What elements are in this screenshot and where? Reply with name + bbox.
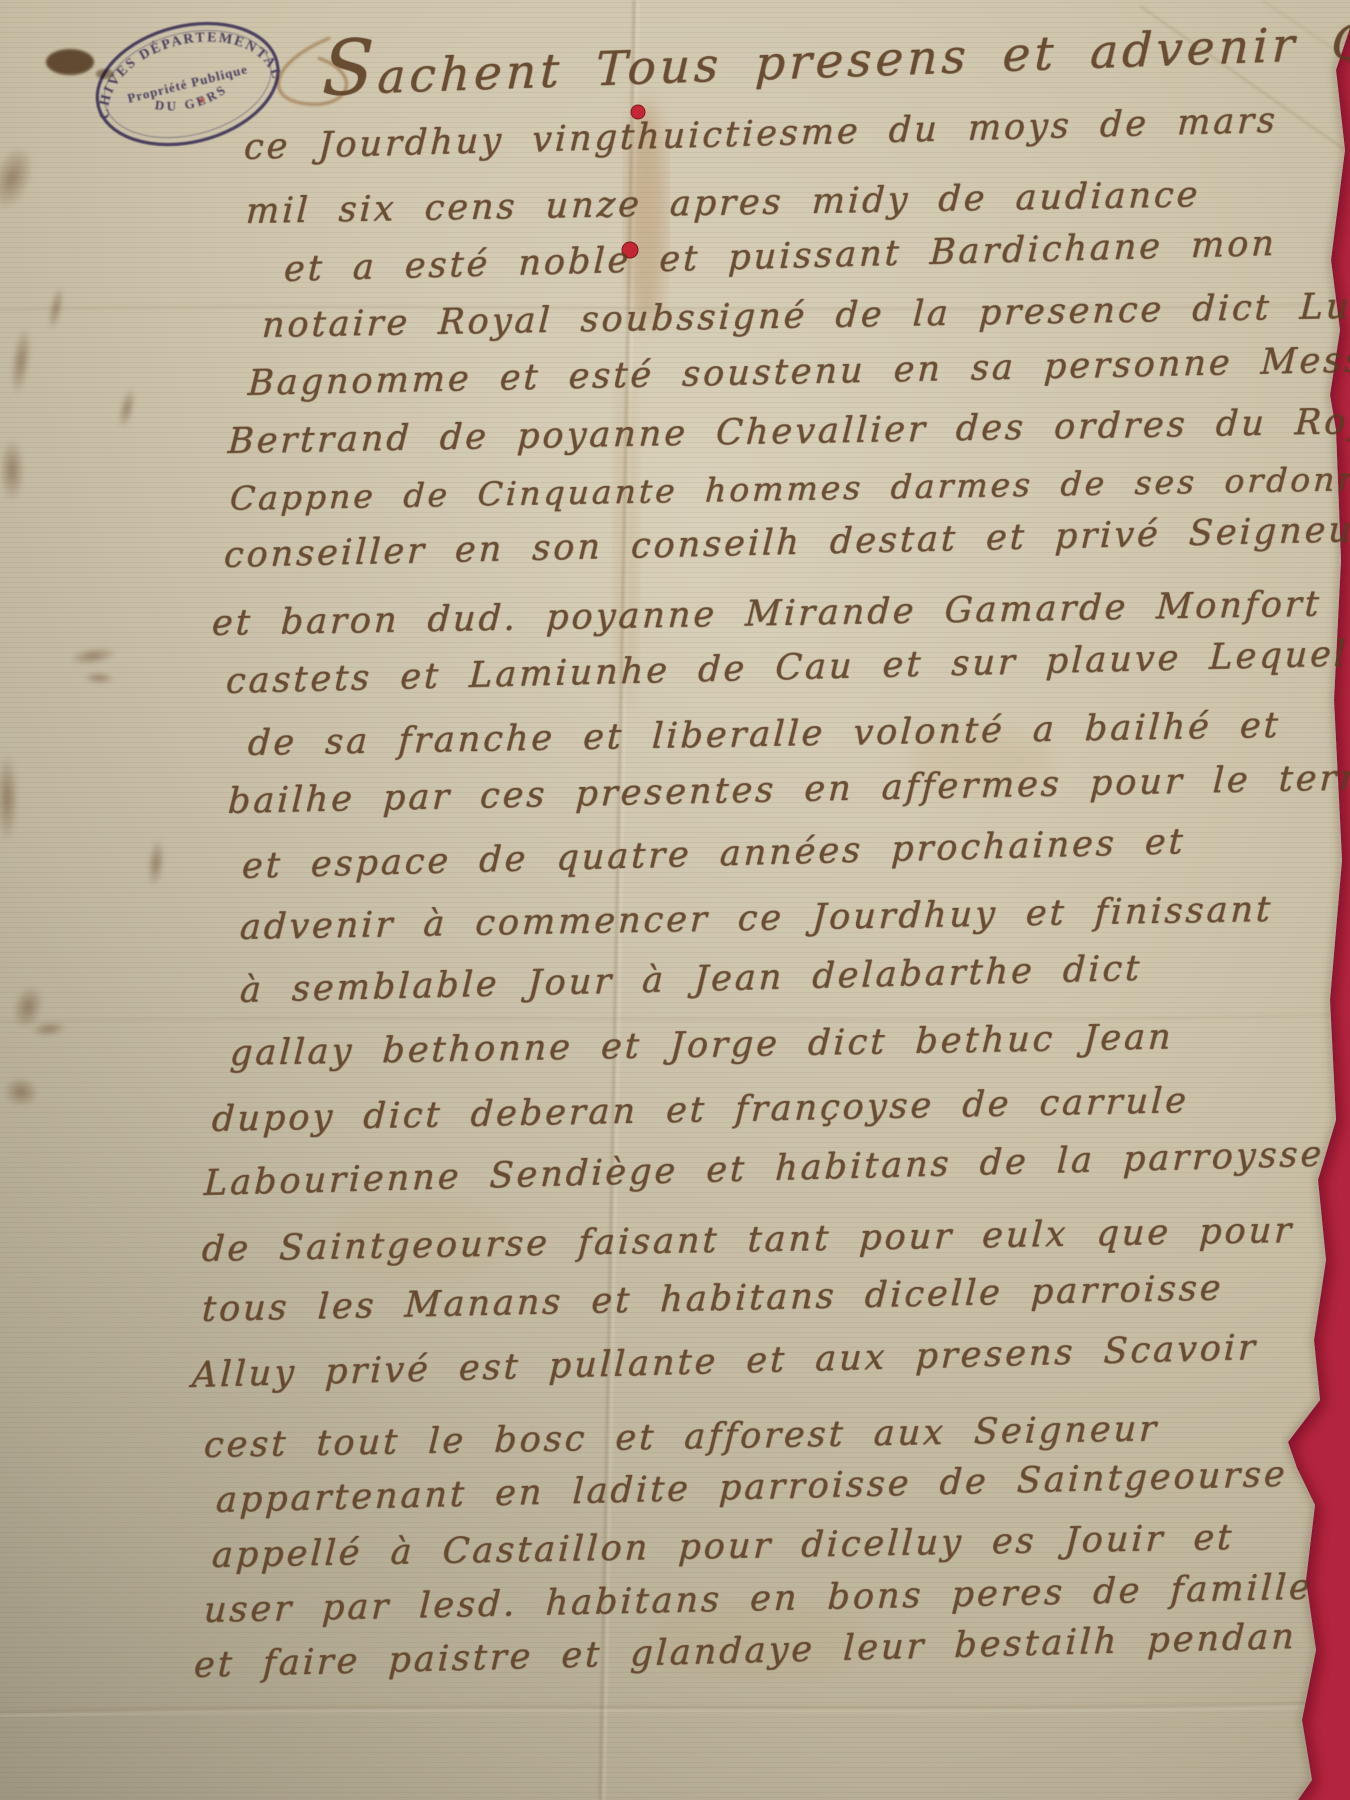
ink-bleedthrough-mark [0, 756, 18, 840]
ink-bleedthrough-mark [2, 1075, 40, 1108]
ink-bleedthrough-mark [0, 440, 24, 500]
ink-bleedthrough-mark [84, 671, 115, 685]
photo-background: ARCHIVES DÉPARTEMENTALES Propriété Publi… [0, 0, 1350, 1800]
